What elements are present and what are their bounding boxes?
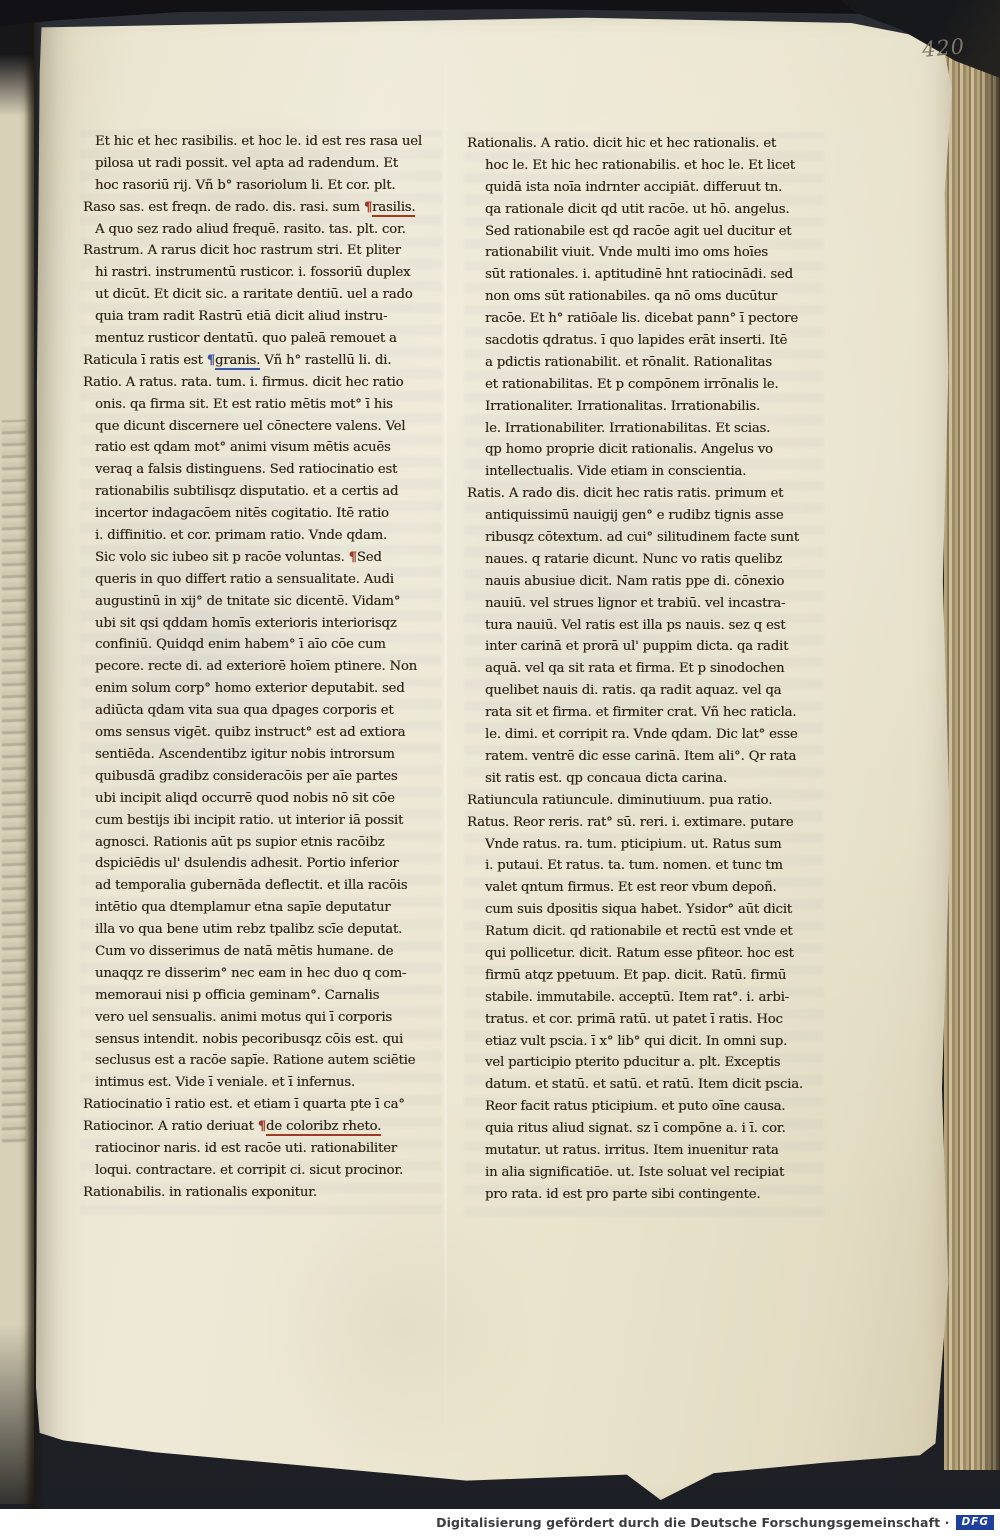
text-line: qp homo proprie dicit rationalis. Angelu… [485,439,837,461]
text-line: Sic volo sic iubeo sit p racōe voluntas.… [95,547,451,569]
text-line: Raso sas. est freqn. de rado. dis. rasi.… [83,197,451,219]
text-line: Ratio. A ratus. rata. tum. i. firmus. di… [83,372,451,394]
text-column-left: Et hic et hec rasibilis. et hoc le. id e… [83,131,451,1204]
text-line: le. dimi. et corripit ra. Vnde qdam. Dic… [485,724,837,746]
text-line: Et hic et hec rasibilis. et hoc le. id e… [95,131,451,153]
text-line: rationabilis subtilisqz disputatio. et a… [95,481,451,503]
text-line: sensus intendit. nobis pecoribusqz cōis … [95,1029,451,1051]
text-line: ubi incipit aliqd occurrē quod nobis nō … [95,788,451,810]
text-line: Rationalis. A ratio. dicit hic et hec ra… [467,133,837,155]
text-line: sūt rationales. i. aptitudinē hnt ratioc… [485,264,837,286]
text-line: cum suis dpositis siqua habet. Ysidor° a… [485,899,837,921]
text-line: quelibet nauis di. ratis. qa radit aquaz… [485,680,837,702]
text-line: nauis abusiue dicit. Nam ratis ppe di. c… [485,571,837,593]
text-line: Rationabilis. in rationalis exponitur. [83,1182,451,1204]
text-line: racōe. Et h° ratiōale lis. dicebat pann°… [485,308,837,330]
text-line: intimus est. Vide ī veniale. et ī infern… [95,1072,451,1094]
text-line: Ratiocinor. A ratio deriuat ¶de coloribz… [83,1116,451,1138]
text-line: valet qntum firmus. Et est reor vbum dep… [485,877,837,899]
text-line: firmū atqz ppetuum. Et pap. dicit. Ratū.… [485,965,837,987]
text-line: quibusdā gradibz consideracōis per aīe p… [95,766,451,788]
text-line: oms sensus vigēt. quibz instruct° est ad… [95,722,451,744]
text-line: qa rationale dicit qd utit racōe. ut hō.… [485,199,837,221]
text-line: sentiēda. Ascendentibz igitur nobis intr… [95,744,451,766]
text-line: pro rata. id est pro parte sibi continge… [485,1184,837,1206]
text-line: ubi sit qsi qddam homīs exterioris inter… [95,613,451,635]
text-line: inter carinā et prorā ul' puppim dicta. … [485,636,837,658]
text-line: veraq a falsis distinguens. Sed ratiocin… [95,459,451,481]
text-line: nauiū. vel strues lignor et trabiū. vel … [485,593,837,615]
text-line: A quo sez rado aliud frequē. rasito. tas… [95,219,451,241]
text-line: intellectualis. Vide etiam in conscienti… [485,461,837,483]
text-line: Ratiuncula ratiuncule. diminutiuum. pua … [467,790,837,812]
text-line: le. Irrationabiliter. Irrationabilitas. … [485,418,837,440]
text-line: vero uel sensualis. animi motus qui ī co… [95,1007,451,1029]
text-line: etiaz vult pscia. ī x° lib° qui dicit. I… [485,1031,837,1053]
text-line: naues. q ratarie dicunt. Nunc vo ratis q… [485,549,837,571]
text-line: unaqqz re disserim° nec eam in hec duo q… [95,963,451,985]
text-line: non oms sūt rationabiles. qa nō oms ducū… [485,286,837,308]
text-line: sacdotis qdratus. ī quo lapides erāt ins… [485,330,837,352]
text-line: stabile. immutabile. acceptū. Item rat°.… [485,987,837,1009]
text-line: seclusus est a racōe sapīe. Ratione aute… [95,1050,451,1072]
previous-page-ghost-text [2,420,26,1147]
text-line: Sed rationabile est qd racōe agit uel du… [485,221,837,243]
text-line: rata sit et firma. et firmiter crat. Vñ … [485,702,837,724]
text-line: onis. qa firma sit. Et est ratio mētis m… [95,394,451,416]
text-line: mutatur. ut ratus. irritus. Item inuenit… [485,1140,837,1162]
text-line: ut dicūt. Et dicit sic. a raritate denti… [95,284,451,306]
text-line: cum bestijs ibi incipit ratio. ut interi… [95,810,451,832]
text-line: Vnde ratus. ra. tum. pticipium. ut. Ratu… [485,834,837,856]
text-line: incertor indagacōem nitēs cogitatio. Itē… [95,503,451,525]
text-line: Ratis. A rado dis. dicit hec ratis ratis… [467,483,837,505]
text-line: Irrationaliter. Irrationalitas. Irration… [485,396,837,418]
text-line: que dicunt discernere uel cōnectere vale… [95,416,451,438]
text-line: Cum vo disserimus de natā mētis humane. … [95,941,451,963]
text-line: memoraui nisi p officia geminam°. Carnal… [95,985,451,1007]
digitization-credit-banner: Digitalisierung gefördert durch die Deut… [0,1509,1000,1536]
text-line: i. putaui. Et ratus. ta. tum. nomen. et … [485,855,837,877]
text-line: confiniū. Quidqd enim habem° ī aīo cōe c… [95,634,451,656]
text-line: hi rastri. instrumentū rusticor. i. foss… [95,262,451,284]
text-line: sit ratis est. qp concaua dicta carina. [485,768,837,790]
dfg-logo: DFG [956,1515,994,1530]
text-line: quia ritus aliud signat. sz ī compōne a.… [485,1118,837,1140]
text-line: datum. et statū. et satū. et ratū. Item … [485,1074,837,1096]
book-fore-edge [944,24,1000,1470]
text-line: quidā ista noīa indrnter accipiāt. diffe… [485,177,837,199]
text-line: qui pollicetur. dicit. Ratum esse pfiteo… [485,943,837,965]
text-line: intētio qua dtemplamur etna sapīe deputa… [95,897,451,919]
text-line: antiquissimū nauigij gen° e rudibz tigni… [485,505,837,527]
text-line: ratem. ventrē dic esse carinā. Item ali°… [485,746,837,768]
manuscript-scan: 420 Et hic et hec rasibilis. et hoc le. … [0,0,1000,1536]
text-line: quia tram radit Rastrū etiā dicit aliud … [95,306,451,328]
text-line: ribusqz cōtextum. ad cui° silitudinem fa… [485,527,837,549]
text-line: vel participio pterito pducitur a. plt. … [485,1052,837,1074]
text-line: agnosci. Rationis aūt ps supior etnis ra… [95,832,451,854]
text-line: dspiciēdis ul' dsulendis adhesit. Portio… [95,853,451,875]
text-line: hoc rasoriū rij. Vñ b° rasoriolum li. Et… [95,175,451,197]
text-line: illa vo qua bene utim rebz tpalibz scīe … [95,919,451,941]
text-line: a pdictis rationabilit. et rōnalit. Rati… [485,352,837,374]
text-line: tratus. et cor. primā ratū. ut patet ī r… [485,1009,837,1031]
text-line: queris in quo differt ratio a sensualita… [95,569,451,591]
text-line: loqui. contractare. et corripit ci. sicu… [95,1160,451,1182]
text-line: Ratum dicit. qd rationabile et rectū est… [485,921,837,943]
text-column-right: Rationalis. A ratio. dicit hic et hec ra… [467,133,837,1206]
text-line: Ratus. Reor reris. rat° sū. reri. i. ext… [467,812,837,834]
text-line: Raticula ī ratis est ¶granis. Vñ h° rast… [83,350,451,372]
text-line: augustinū in xij° de tnitate sic dicentē… [95,591,451,613]
text-line: pilosa ut radi possit. vel apta ad raden… [95,153,451,175]
text-line: mentuz rusticor dentatū. quo paleā remou… [95,328,451,350]
text-line: pecore. recte di. ad exteriorē hoīem pti… [95,656,451,678]
text-line: Ratiocinatio ī ratio est. et etiam ī qua… [83,1094,451,1116]
folio-number: 420 [921,34,966,62]
text-line: hoc le. Et hic hec rationabilis. et hoc … [485,155,837,177]
text-line: i. diffinitio. et cor. primam ratio. Vnd… [95,525,451,547]
text-line: Rastrum. A rarus dicit hoc rastrum stri.… [83,240,451,262]
text-line: ad temporalia gubernāda deflectit. et il… [95,875,451,897]
text-line: et rationabilitas. Et p compōnem irrōnal… [485,374,837,396]
text-line: ratio est qdam mot° animi visum mētis ac… [95,437,451,459]
text-line: tura nauiū. Vel ratis est illa ps nauis.… [485,615,837,637]
text-line: in alia significatiōe. ut. Iste soluat v… [485,1162,837,1184]
credit-text: Digitalisierung gefördert durch die Deut… [436,1515,949,1530]
text-line: aquā. vel qa sit rata et firma. Et p sin… [485,658,837,680]
text-line: Reor facit ratus pticipium. et puto oīne… [485,1096,837,1118]
text-line: ratiocinor naris. id est racōe uti. rati… [95,1138,451,1160]
text-line: enim solum corp° homo exterior deputabit… [95,678,451,700]
text-line: rationabilit viuit. Vnde multi imo oms h… [485,242,837,264]
text-line: adiūcta qdam vita sua qua dpages corpori… [95,700,451,722]
